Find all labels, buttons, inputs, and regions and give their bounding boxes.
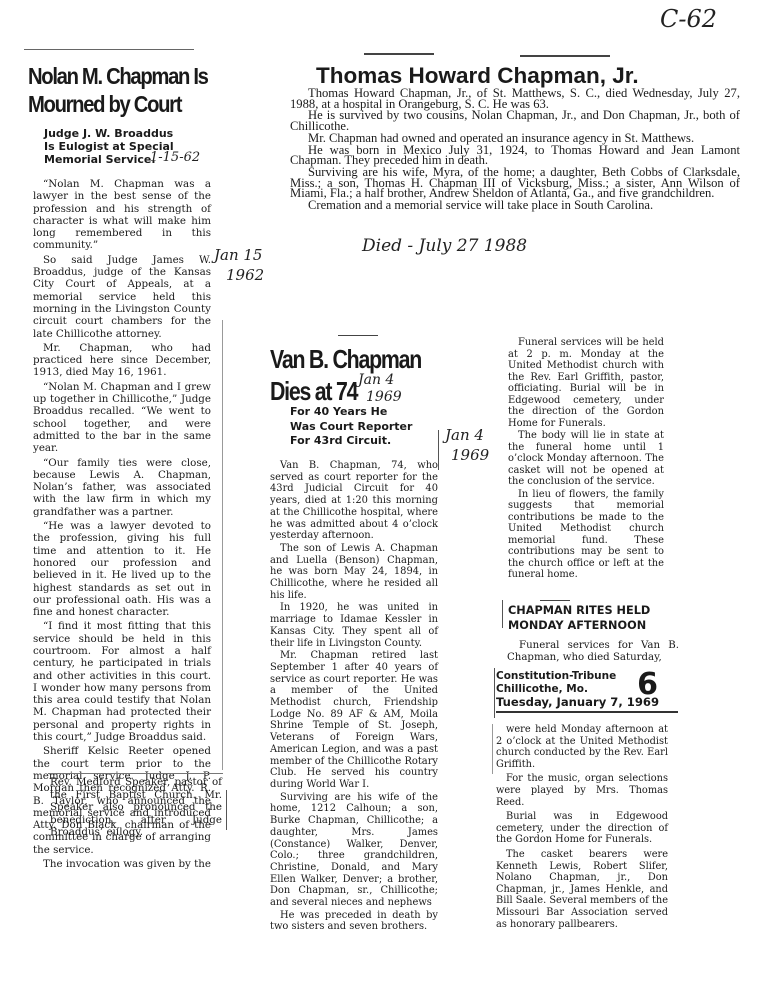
deck-line: Judge J. W. Broaddus [44, 127, 214, 140]
van-deck: For 40 Years He Was Court Reporter For 4… [290, 405, 460, 449]
clipping-divider [48, 773, 223, 774]
archive-annotation: C-62 [660, 5, 717, 33]
deck-line: Was Court Reporter [290, 420, 460, 435]
paragraph: Cremation and a memorial service will ta… [290, 200, 740, 211]
paragraph: Funeral services for Van B. Chapman, who… [507, 640, 679, 663]
thomas-body: Thomas Howard Chapman, Jr., of St. Matth… [290, 88, 740, 212]
headline-line: MONDAY AFTERNOON [508, 618, 650, 633]
page-number: 6 [637, 670, 658, 700]
paragraph: He was preceded in death by two sisters … [270, 910, 438, 933]
paragraph: Mr. Chapman retired last September 1 aft… [270, 650, 438, 790]
paragraph: “He was a lawyer devoted to the professi… [33, 520, 211, 618]
rites-lead: Funeral services for Van B. Chapman, who… [507, 640, 679, 663]
newspaper-masthead: Constitution-Tribune Chillicothe, Mo. Tu… [496, 670, 678, 713]
handwritten-death-note: Died - July 27 1988 [362, 236, 527, 256]
nolan-body: “Nolan M. Chapman was a lawyer in the be… [33, 178, 211, 872]
headline-line: Nolan M. Chapman Is [28, 62, 204, 90]
paragraph: “I find it most fitting that this servic… [33, 620, 211, 743]
paragraph: Mr. Chapman, who had practiced here sinc… [33, 342, 211, 379]
paragraph: In lieu of flowers, the family suggests … [508, 489, 664, 581]
headline-line: CHAPMAN RITES HELD [508, 603, 650, 618]
margin-date-line: Jan 15 [214, 245, 264, 265]
nolan-tail: Rev. Medford Speaker, pastor of the Firs… [50, 776, 222, 839]
paragraph: Van B. Chapman, 74, who served as court … [270, 460, 438, 542]
clipping-edge [502, 600, 503, 628]
clipping-top-rule [364, 53, 434, 55]
margin-date-line: 1962 [214, 265, 264, 285]
rites-headline: CHAPMAN RITES HELD MONDAY AFTERNOON [508, 603, 650, 633]
headline-line: Mourned by Court [28, 90, 204, 118]
margin-date-line: 1969 [445, 445, 489, 465]
van-body: Van B. Chapman, 74, who served as court … [270, 460, 438, 934]
clipping-edge [494, 668, 495, 718]
paragraph: The son of Lewis A. Chapman and Luella (… [270, 543, 438, 602]
van-funeral-details: Funeral services will be held at 2 p. m.… [508, 337, 664, 582]
paragraph: Surviving are his wife, Myra, of the hom… [290, 167, 740, 199]
clipping-top-rule [338, 335, 378, 336]
headline-line: Van B. Chapman [270, 343, 421, 375]
clipping-top-rule [24, 49, 194, 50]
date-line: 1969 [358, 389, 402, 406]
deck-line: For 40 Years He [290, 405, 460, 420]
paragraph: In 1920, he was united in marriage to Id… [270, 602, 438, 649]
handwritten-date-short: 1-15-62 [150, 150, 200, 165]
paragraph: Funeral services will be held at 2 p. m.… [508, 337, 664, 429]
clipping-edge [222, 320, 223, 770]
clipping-edge [438, 430, 439, 470]
clipping-edge [226, 790, 227, 830]
paragraph: He was born in Mexico July 31, 1924, to … [290, 145, 740, 166]
paragraph: Thomas Howard Chapman, Jr., of St. Matth… [290, 88, 740, 109]
paragraph: The body will lie in state at the funera… [508, 430, 664, 488]
paragraph: Surviving are his wife of the home, 1212… [270, 792, 438, 909]
handwritten-date-margin: Jan 4 1969 [445, 425, 489, 465]
paragraph: For the music, organ selections were pla… [496, 773, 668, 808]
paragraph: The invocation was given by the [33, 858, 211, 870]
paragraph: “Our family ties were close, because Lew… [33, 457, 211, 518]
paragraph: Burial was in Edgewood cemetery, under t… [496, 811, 668, 846]
paragraph: So said Judge James W. Broaddus, judge o… [33, 254, 211, 340]
handwritten-date-headline: Jan 4 1969 [358, 372, 402, 406]
rites-body: were held Monday afternoon at 2 o’clock … [496, 724, 668, 933]
deck-line: For 43rd Circuit. [290, 434, 460, 449]
paragraph: “Nolan M. Chapman was a lawyer in the be… [33, 178, 211, 252]
clipping-edge [492, 724, 493, 774]
clipping-top-rule [520, 55, 610, 57]
paragraph: were held Monday afternoon at 2 o’clock … [496, 724, 668, 770]
paragraph: He is survived by two cousins, Nolan Cha… [290, 110, 740, 131]
paragraph: “Nolan M. Chapman and I grew up together… [33, 381, 211, 455]
paragraph: Mr. Chapman had owned and operated an in… [290, 133, 740, 144]
clipping-top-rule [540, 600, 570, 601]
margin-date-line: Jan 4 [445, 425, 489, 445]
date-line: Jan 4 [358, 372, 402, 389]
handwritten-date-margin: Jan 15 1962 [214, 245, 264, 285]
paragraph: The casket bearers were Kenneth Lewis, R… [496, 849, 668, 930]
nolan-headline: Nolan M. Chapman Is Mourned by Court [28, 62, 204, 118]
